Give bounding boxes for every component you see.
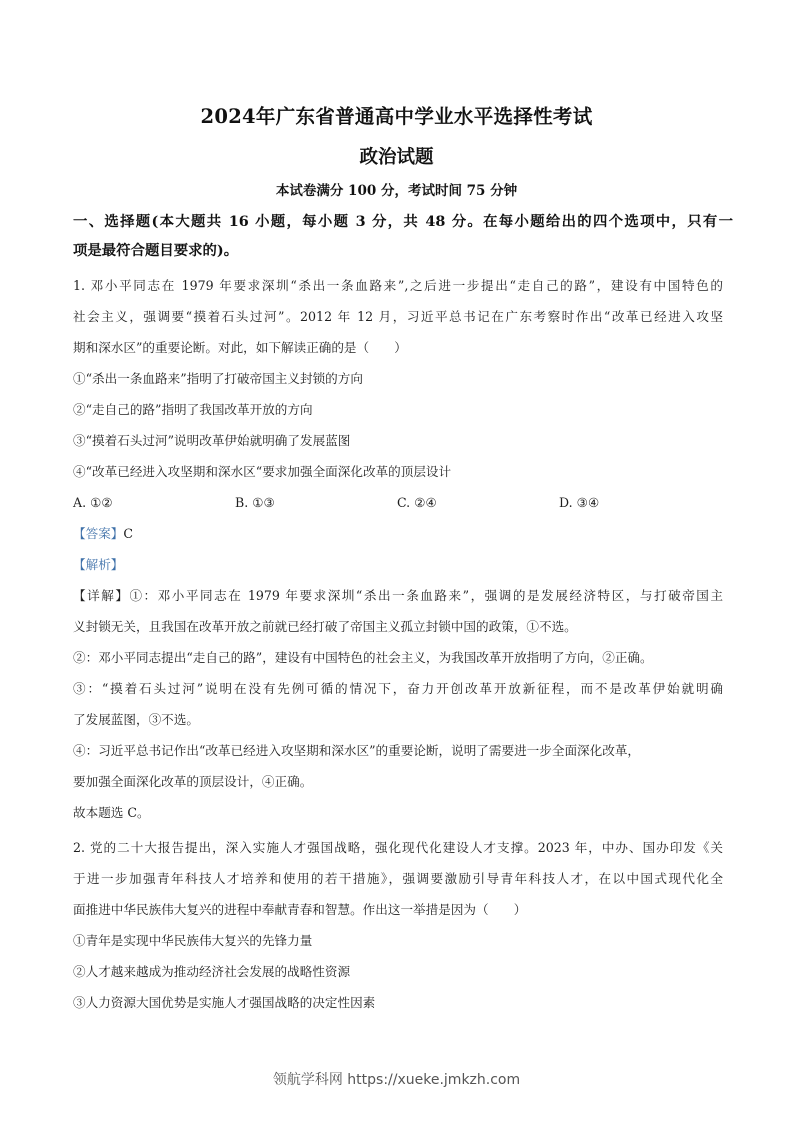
answer-tag: 【答案】 xyxy=(73,526,123,541)
q1-explanation-line-1: 【详解】①：邓小平同志在 1979 年要求深圳“杀出一条血路来”，强调的是发展经… xyxy=(73,580,723,611)
exam-subtitle: 政治试题 xyxy=(0,143,793,169)
q1-explanation-line-2: 义封锁无关，且我国在改革开放之前就已经打破了帝国主义孤立封锁中国的政策，①不选。 xyxy=(73,611,723,642)
section-heading-line-2: 项是最符合题目要求的)。 xyxy=(73,236,733,265)
q1-option-d: D. ③④ xyxy=(559,487,721,518)
q1-option-a: A. ①② xyxy=(73,487,235,518)
footer-watermark: 领航学科网 https://xueke.jmkzh.com xyxy=(0,1069,793,1089)
q1-stem-line-1: 1. 邓小平同志在 1979 年要求深圳“杀出一条血路来”,之后进一步提出“走自… xyxy=(73,270,723,301)
question-1: 1. 邓小平同志在 1979 年要求深圳“杀出一条血路来”,之后进一步提出“走自… xyxy=(73,270,723,828)
q2-statement-1: ①青年是实现中华民族伟大复兴的先锋力量 xyxy=(73,925,723,956)
q2-statement-3: ③人力资源大国优势是实施人才强国战略的决定性因素 xyxy=(73,987,723,1018)
q1-conclusion: 故本题选 C。 xyxy=(73,797,723,828)
q2-stem-line-2: 于进一步加强青年科技人才培养和使用的若干措施》，强调要激励引导青年科技人才，在以… xyxy=(73,863,723,894)
q2-statement-2: ②人才越来越成为推动经济社会发展的战略性资源 xyxy=(73,956,723,987)
q1-explanation-text-1: ①：邓小平同志在 1979 年要求深圳“杀出一条血路来”，强调的是发展经济特区，… xyxy=(129,588,723,603)
exam-page: 2024年广东省普通高中学业水平选择性考试 政治试题 本试卷满分 100 分，考… xyxy=(0,0,793,1122)
q1-statement-1: ①“杀出一条血路来”指明了打破帝国主义封锁的方向 xyxy=(73,363,723,394)
exam-info: 本试卷满分 100 分，考试时间 75 分钟 xyxy=(0,179,793,199)
q2-stem-line-1: 2. 党的二十大报告提出，深入实施人才强国战略，强化现代化建设人才支撑。2023… xyxy=(73,832,723,863)
exam-title: 2024年广东省普通高中学业水平选择性考试 xyxy=(0,101,793,129)
q1-explanation-line-3: ②：邓小平同志提出“走自己的路”，建设有中国特色的社会主义，为我国改革开放指明了… xyxy=(73,642,723,673)
detail-tag: 【详解】 xyxy=(73,588,129,603)
analysis-tag: 【解析】 xyxy=(73,557,123,572)
q1-option-c: C. ②④ xyxy=(397,487,559,518)
answer-value: C xyxy=(123,526,133,541)
question-2: 2. 党的二十大报告提出，深入实施人才强国战略，强化现代化建设人才支撑。2023… xyxy=(73,832,723,1018)
q1-explanation-line-5: 了发展蓝图，③不选。 xyxy=(73,704,723,735)
q1-option-b: B. ①③ xyxy=(235,487,397,518)
q1-statement-3: ③“摸着石头过河”说明改革伊始就明确了发展蓝图 xyxy=(73,425,723,456)
q1-statement-2: ②“走自己的路”指明了我国改革开放的方向 xyxy=(73,394,723,425)
q1-explanation-line-7: 要加强全面深化改革的顶层设计，④正确。 xyxy=(73,766,723,797)
q1-analysis: 【解析】 xyxy=(73,549,723,580)
section-heading-line-1: 一、选择题(本大题共 16 小题，每小题 3 分，共 48 分。在每小题给出的四… xyxy=(73,207,733,236)
q1-statement-4: ④“改革已经进入攻坚期和深水区“要求加强全面深化改革的顶层设计 xyxy=(73,456,723,487)
q2-stem-line-3: 面推进中华民族伟大复兴的进程中奉献青春和智慧。作出这一举措是因为（ ） xyxy=(73,894,723,925)
q1-stem-line-3: 期和深水区”的重要论断。对此，如下解读正确的是（ ） xyxy=(73,332,723,363)
q1-stem-line-2: 社会主义，强调要“摸着石头过河”。2012 年 12 月，习近平总书记在广东考察… xyxy=(73,301,723,332)
section-heading: 一、选择题(本大题共 16 小题，每小题 3 分，共 48 分。在每小题给出的四… xyxy=(73,207,733,265)
q1-options: A. ①② B. ①③ C. ②④ D. ③④ xyxy=(73,487,723,518)
q1-answer: 【答案】C xyxy=(73,518,723,549)
q1-explanation-line-4: ③：“摸着石头过河”说明在没有先例可循的情况下，奋力开创改革开放新征程，而不是改… xyxy=(73,673,723,704)
q1-explanation-line-6: ④：习近平总书记作出“改革已经进入攻坚期和深水区”的重要论断，说明了需要进一步全… xyxy=(73,735,723,766)
